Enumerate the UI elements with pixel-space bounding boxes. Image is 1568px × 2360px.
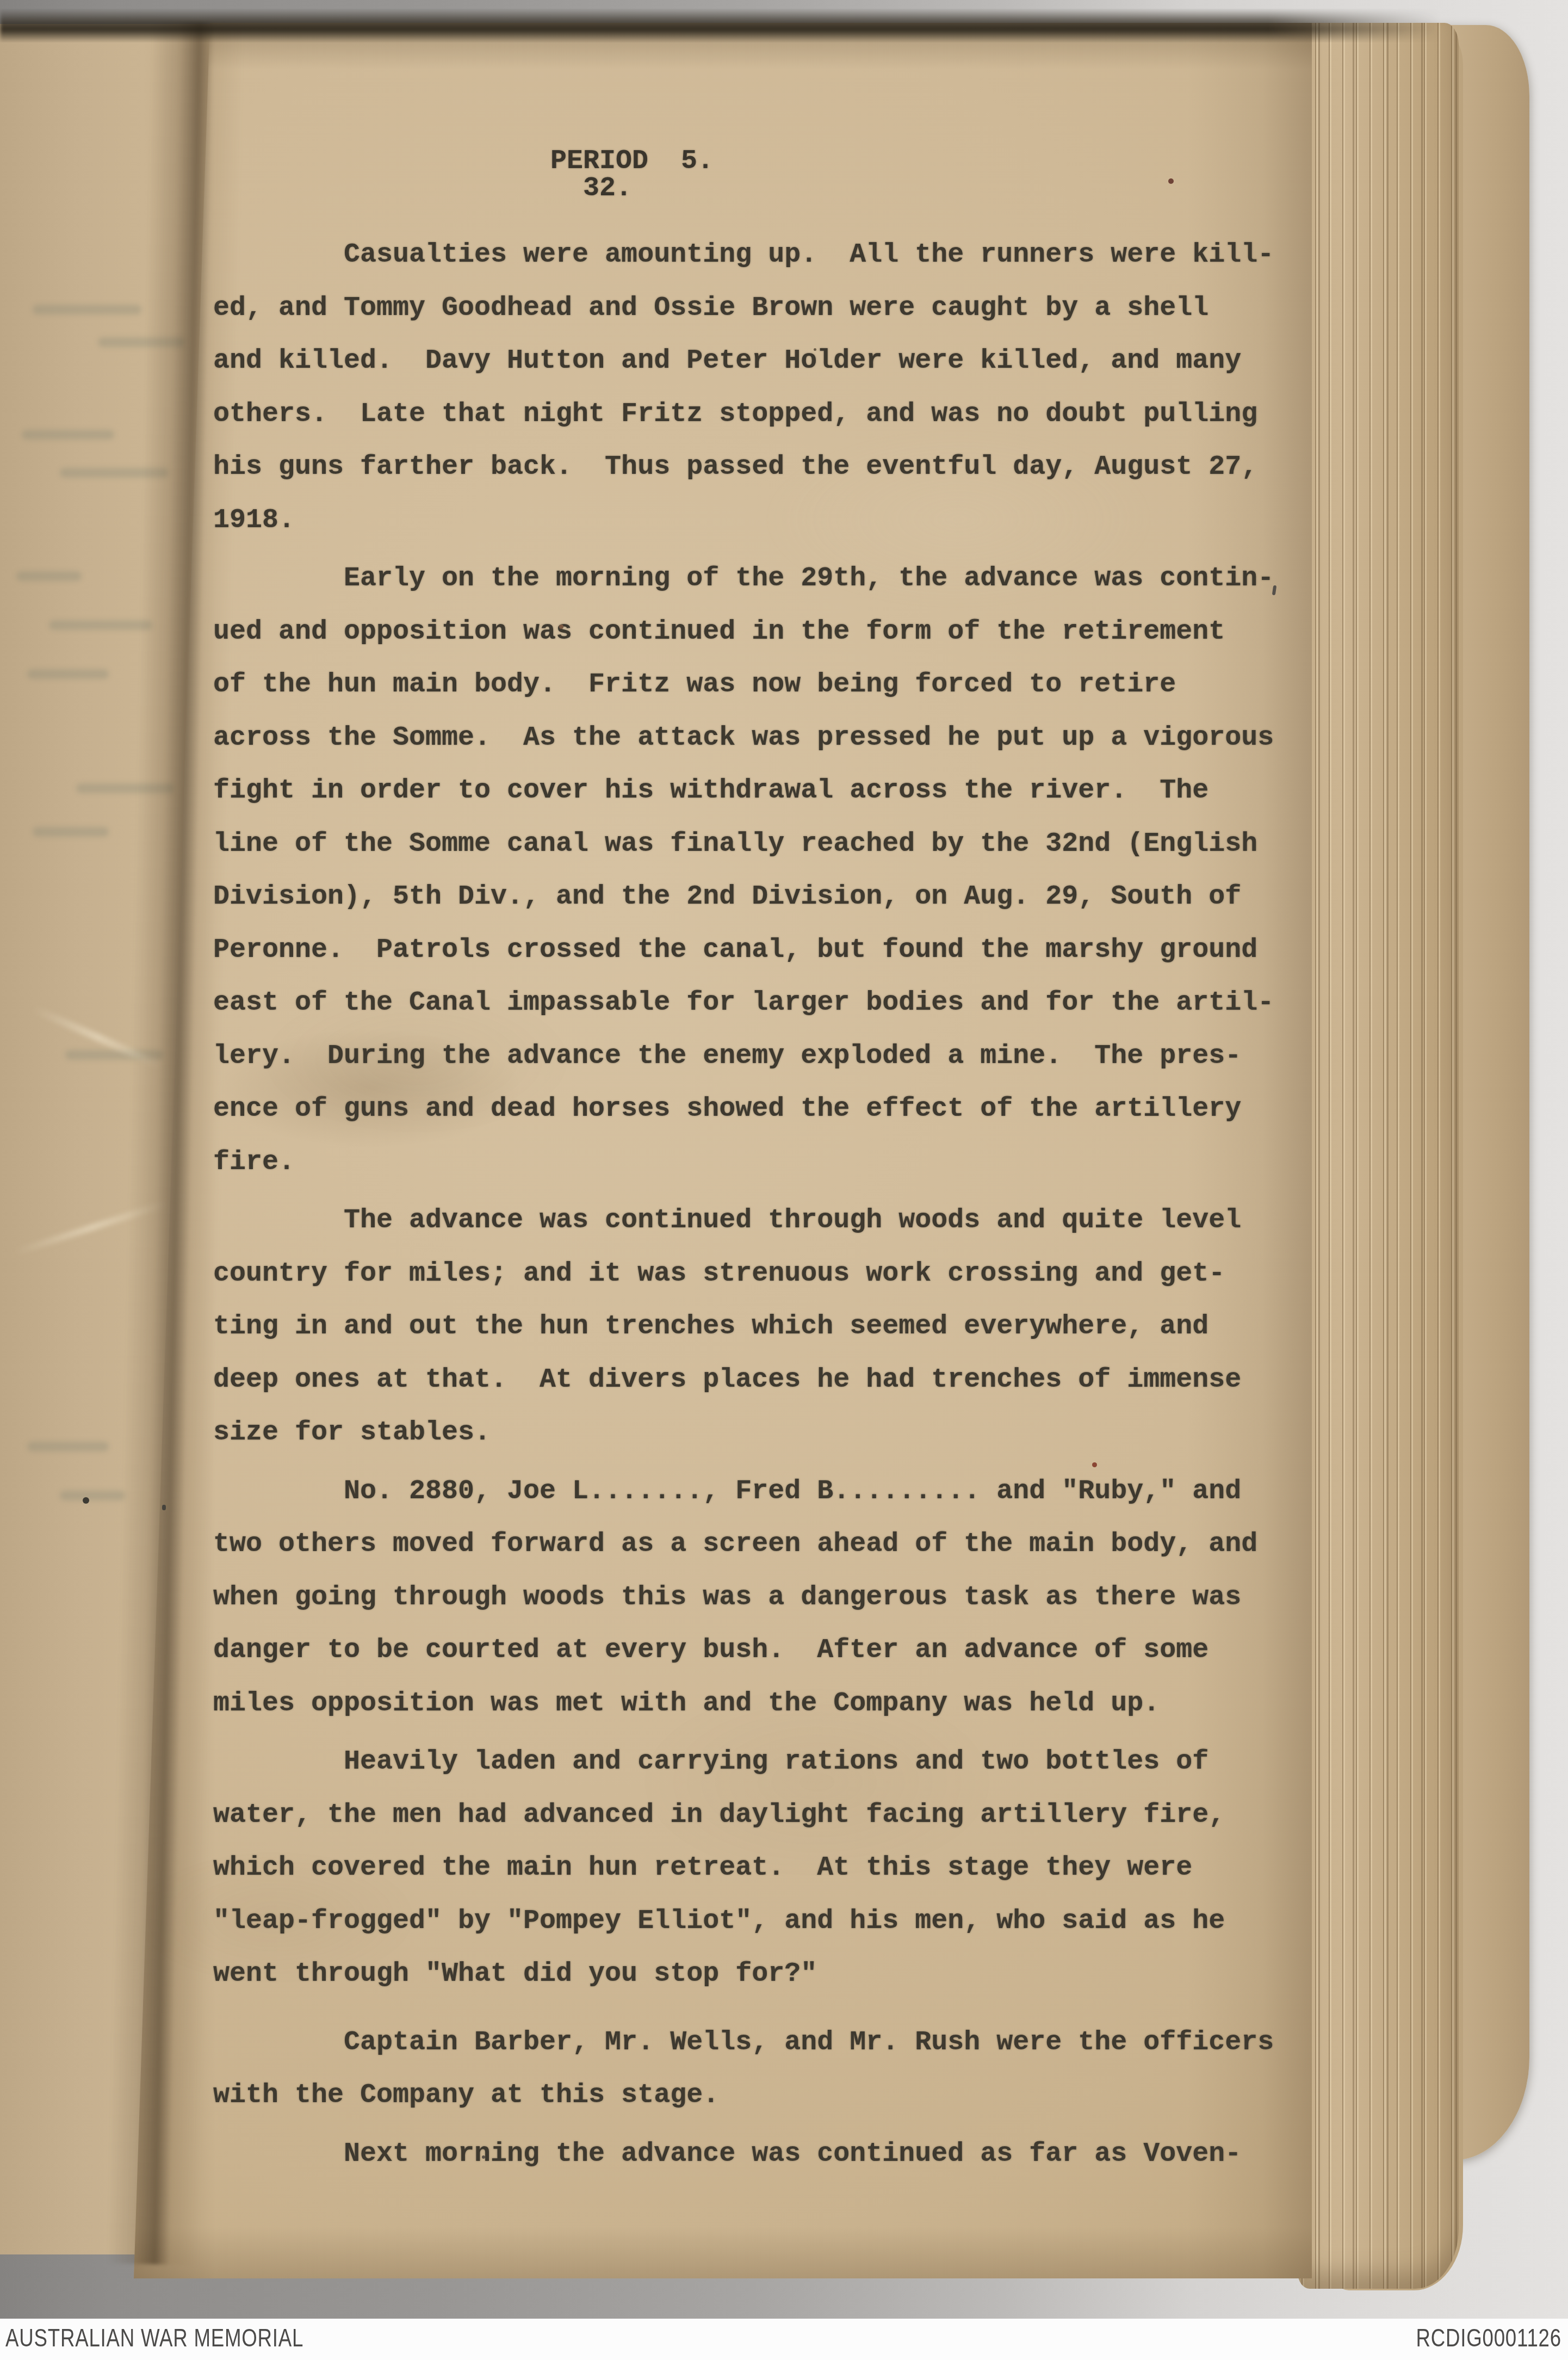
- typed-line: ed, and Tommy Goodhead and Ossie Brown w…: [213, 282, 1274, 335]
- book-top-edge: [0, 9, 1441, 42]
- paragraph: Casualties were amounting up. All the ru…: [213, 228, 1274, 547]
- typed-line: Casualties were amounting up. All the ru…: [213, 228, 1274, 282]
- paper-speck: [559, 625, 563, 629]
- digitization-footer: AUSTRALIAN WAR MEMORIAL RCDIG0001126: [0, 2319, 1568, 2360]
- paper-speck: [1168, 178, 1174, 184]
- typed-line: danger to be courted at every bush. Afte…: [213, 1624, 1274, 1677]
- bleedthrough-mark: [27, 1442, 109, 1451]
- bleedthrough-mark: [27, 669, 109, 679]
- typed-line: 1918.: [213, 494, 1274, 547]
- item-id: RCDIG0001126: [1416, 2325, 1561, 2350]
- bleedthrough-mark: [33, 305, 141, 314]
- typed-line: The advance was continued through woods …: [213, 1194, 1274, 1247]
- typed-line: east of the Canal impassable for larger …: [213, 977, 1274, 1030]
- bleedthrough-mark: [22, 430, 114, 440]
- bleedthrough-mark: [60, 1491, 125, 1500]
- typed-line: ence of guns and dead horses showed the …: [213, 1083, 1274, 1136]
- typed-line: Next morning the advance was continued a…: [213, 2128, 1274, 2181]
- archive-name: AUSTRALIAN WAR MEMORIAL: [5, 2325, 303, 2350]
- typed-line: No. 2880, Joe L......., Fred B......... …: [213, 1465, 1274, 1518]
- paper-speck: [814, 348, 816, 351]
- typed-line: fire.: [213, 1136, 1274, 1189]
- typed-line: country for miles; and it was strenuous …: [213, 1247, 1274, 1301]
- typed-line: Division), 5th Div., and the 2nd Divisio…: [213, 870, 1274, 924]
- paragraph: Captain Barber, Mr. Wells, and Mr. Rush …: [213, 2016, 1274, 2122]
- typed-line: and killed. Davy Hutton and Peter Holder…: [213, 335, 1274, 388]
- typed-line: which covered the main hun retreat. At t…: [213, 1842, 1274, 1895]
- typed-line: across the Somme. As the attack was pres…: [213, 712, 1274, 765]
- paragraph: Heavily laden and carrying rations and t…: [213, 1735, 1274, 2001]
- typed-line: ued and opposition was continued in the …: [213, 606, 1274, 659]
- typed-line: Peronne. Patrols crossed the canal, but …: [213, 924, 1274, 977]
- paragraph: Next morning the advance was continued a…: [213, 2128, 1274, 2181]
- typed-line: went through "What did you stop for?": [213, 1948, 1274, 2001]
- typed-line: when going through woods this was a dang…: [213, 1571, 1274, 1624]
- typed-text: Casualties were amounting up. All the ru…: [213, 228, 1274, 2180]
- typed-line: deep ones at that. At divers places he h…: [213, 1354, 1274, 1407]
- paper-speck: [1092, 1462, 1097, 1467]
- paragraph: The advance was continued through woods …: [213, 1194, 1274, 1460]
- typed-line: Early on the morning of the 29th, the ad…: [213, 552, 1274, 606]
- typed-line: miles opposition was met with and the Co…: [213, 1677, 1274, 1731]
- typed-line: water, the men had advanced in daylight …: [213, 1789, 1274, 1842]
- typed-line: two others moved forward as a screen ahe…: [213, 1518, 1274, 1571]
- typed-line: Heavily laden and carrying rations and t…: [213, 1735, 1274, 1789]
- typed-line: Captain Barber, Mr. Wells, and Mr. Rush …: [213, 2016, 1274, 2069]
- typed-line: with the Company at this stage.: [213, 2069, 1274, 2122]
- paper-speck: [482, 2155, 485, 2159]
- typed-line: lery. During the advance the enemy explo…: [213, 1030, 1274, 1083]
- typed-line: "leap-frogged" by "Pompey Elliot", and h…: [213, 1895, 1274, 1948]
- typed-line: fight in order to cover his withdrawal a…: [213, 764, 1274, 818]
- bleedthrough-mark: [49, 620, 152, 630]
- typed-line: line of the Somme canal was finally reac…: [213, 818, 1274, 871]
- typed-line: size for stables.: [213, 1406, 1274, 1460]
- typed-line: of the hun main body. Fritz was now bein…: [213, 658, 1274, 712]
- ink-mark: [162, 1505, 166, 1510]
- bleedthrough-mark: [16, 571, 82, 581]
- ink-dot: [83, 1497, 89, 1504]
- page-heading: PERIOD 5. 32.: [550, 148, 714, 202]
- page-stack-edges: [1298, 23, 1459, 2289]
- bleedthrough-mark: [33, 827, 109, 837]
- typed-line: others. Late that night Fritz stopped, a…: [213, 388, 1274, 441]
- paragraph: Early on the morning of the 29th, the ad…: [213, 552, 1274, 1189]
- typed-line: his guns farther back. Thus passed the e…: [213, 441, 1274, 494]
- paragraph: No. 2880, Joe L......., Fred B......... …: [213, 1465, 1274, 1731]
- typed-line: ting in and out the hun trenches which s…: [213, 1300, 1274, 1354]
